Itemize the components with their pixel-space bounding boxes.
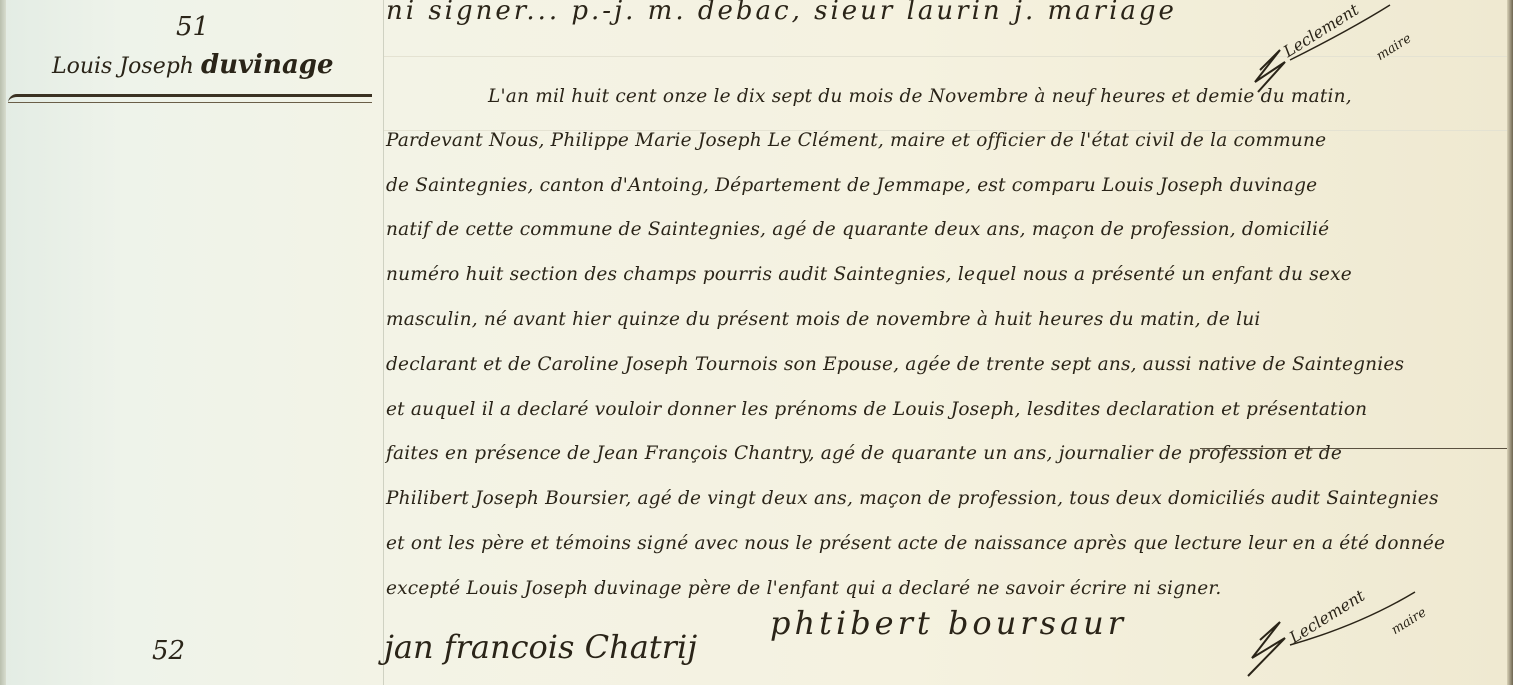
entry-number: 52 [152,636,185,666]
record-line: Philibert Joseph Boursier, agé de vingt … [386,488,1439,509]
margin-child-name: Louis Joseph duvinage [52,50,334,80]
record-line: natif de cette commune de Saintegnies, a… [386,219,1329,240]
register-page: ni signer... p.-j. m. debac, sieur lauri… [0,0,1513,685]
margin-double-rule [8,94,372,103]
witness-signature-boursier: phtibert boursaur [770,604,1127,642]
record-line: declarant et de Caroline Joseph Tournois… [386,354,1404,375]
entry-number: 51 [176,12,209,42]
record-line: excepté Louis Joseph duvinage père de l'… [386,578,1222,599]
witness-signature-chantry: jan francois Chatrij [384,628,697,666]
previous-mayor-signature: Leclement maire [1230,0,1430,100]
mayor-signature: Leclement maire [1230,590,1430,685]
previous-entry-tail: ni signer... p.-j. m. debac, sieur lauri… [386,0,1177,26]
record-line: L'an mil huit cent onze le dix sept du m… [488,86,1352,107]
record-line: de Saintegnies, canton d'Antoing, Départ… [386,175,1317,196]
margin-rule [383,0,384,685]
margin-given-names: Louis Joseph [52,54,194,79]
record-line: Pardevant Nous, Philippe Marie Joseph Le… [386,130,1326,151]
record-line: et auquel il a declaré vouloir donner le… [386,399,1367,420]
page-binding-edge [0,0,6,685]
record-line: faites en présence de Jean François Chan… [386,443,1342,464]
page-right-edge [1507,0,1513,685]
margin-surname: duvinage [201,50,334,80]
record-line: et ont les père et témoins signé avec no… [386,533,1445,554]
record-line: masculin, né avant hier quinze du présen… [386,309,1260,330]
record-line: numéro huit section des champs pourris a… [386,264,1352,285]
